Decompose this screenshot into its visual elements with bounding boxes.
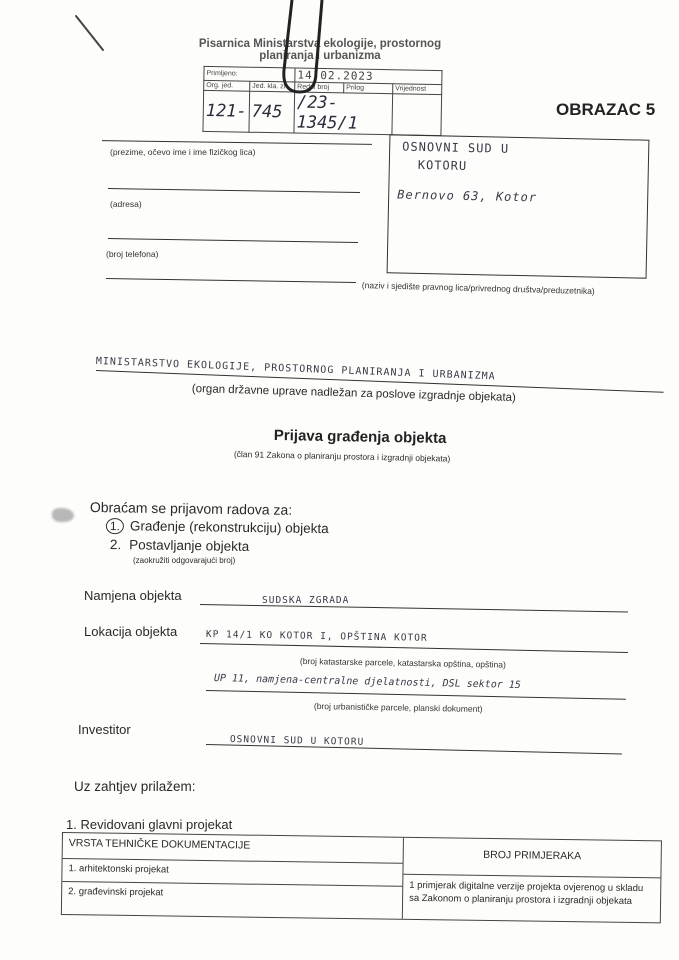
investor-label: Investitor [78,722,131,737]
authority-label: (organ državne uprave nadležan za poslov… [192,383,516,404]
address-label: (adresa) [110,199,142,209]
option-1-label: Građenje (rekonstrukciju) objekta [130,518,329,536]
legal-entity-box[interactable]: OSNOVNI SUD U KOTORU Bernovo 63, Kotor [387,134,650,278]
paper-clip-icon [270,0,330,100]
works-hint: (zaokružiti odgovarajući broj) [133,556,235,565]
pen-mark [70,10,110,55]
legal-entity-name-1: OSNOVNI SUD U [402,140,509,156]
option-2-number: 2. [110,537,121,552]
documentation-table: VRSTA TEHNIČKE DOKUMENTACIJE 1. arhitekt… [61,832,662,923]
form-number: OBRAZAC 5 [556,100,655,120]
copies-value: 1 primjerak digitalne verzije projekta o… [403,875,660,913]
col-header-copies: BROJ PRIMJERAKA [403,838,660,879]
address-field[interactable] [108,238,358,243]
works-intro: Obraćam se prijavom radova za: [90,499,293,518]
urban-value[interactable]: UP 11, namjena-centralne djelatnosti, DS… [214,673,521,691]
attachments-intro: Uz zahtjev prilažem: [74,779,196,794]
phone-field[interactable] [106,278,356,283]
value-vrijednost [392,94,442,136]
page-title: Prijava građenja objekta [274,427,447,447]
urban-hint: (broj urbanističke parcele, planski doku… [314,701,483,714]
work-option-1[interactable]: 1.Građenje (rekonstrukciju) objekta [106,518,329,537]
location-label: Lokacija objekta [84,624,177,639]
option-2-label: Postavljanje objekta [129,537,249,554]
legal-entity-address: Bernovo 63, Kotor [397,187,537,204]
legal-entity-label: (naziv i sjedište pravnog lica/privredno… [362,280,595,296]
smudge [52,508,74,522]
page-subtitle: (član 91 Zakona o planiranju prostora i … [234,449,451,464]
location-hint: (broj katastarske parcele, katastarska o… [300,656,506,670]
work-option-2[interactable]: 2.Postavljanje objekta [110,537,250,554]
attachments-section-title: 1. Revidovani glavni projekat [66,817,232,832]
value-org-jed: 121- [203,90,250,132]
table-row-2: 2. građevinski projekat [62,882,402,919]
purpose-label: Namjena objekta [84,588,182,603]
option-1-number: 1. [106,518,124,534]
name-field[interactable] [108,188,360,193]
phone-label: (broj telefona) [106,249,158,259]
location-value[interactable]: KP 14/1 KO KOTOR I, OPŠTINA KOTOR [206,629,428,644]
legal-entity-name-2: KOTORU [418,158,468,173]
name-label: (prezime, očevo ime i ime fizičkog lica) [110,147,255,157]
